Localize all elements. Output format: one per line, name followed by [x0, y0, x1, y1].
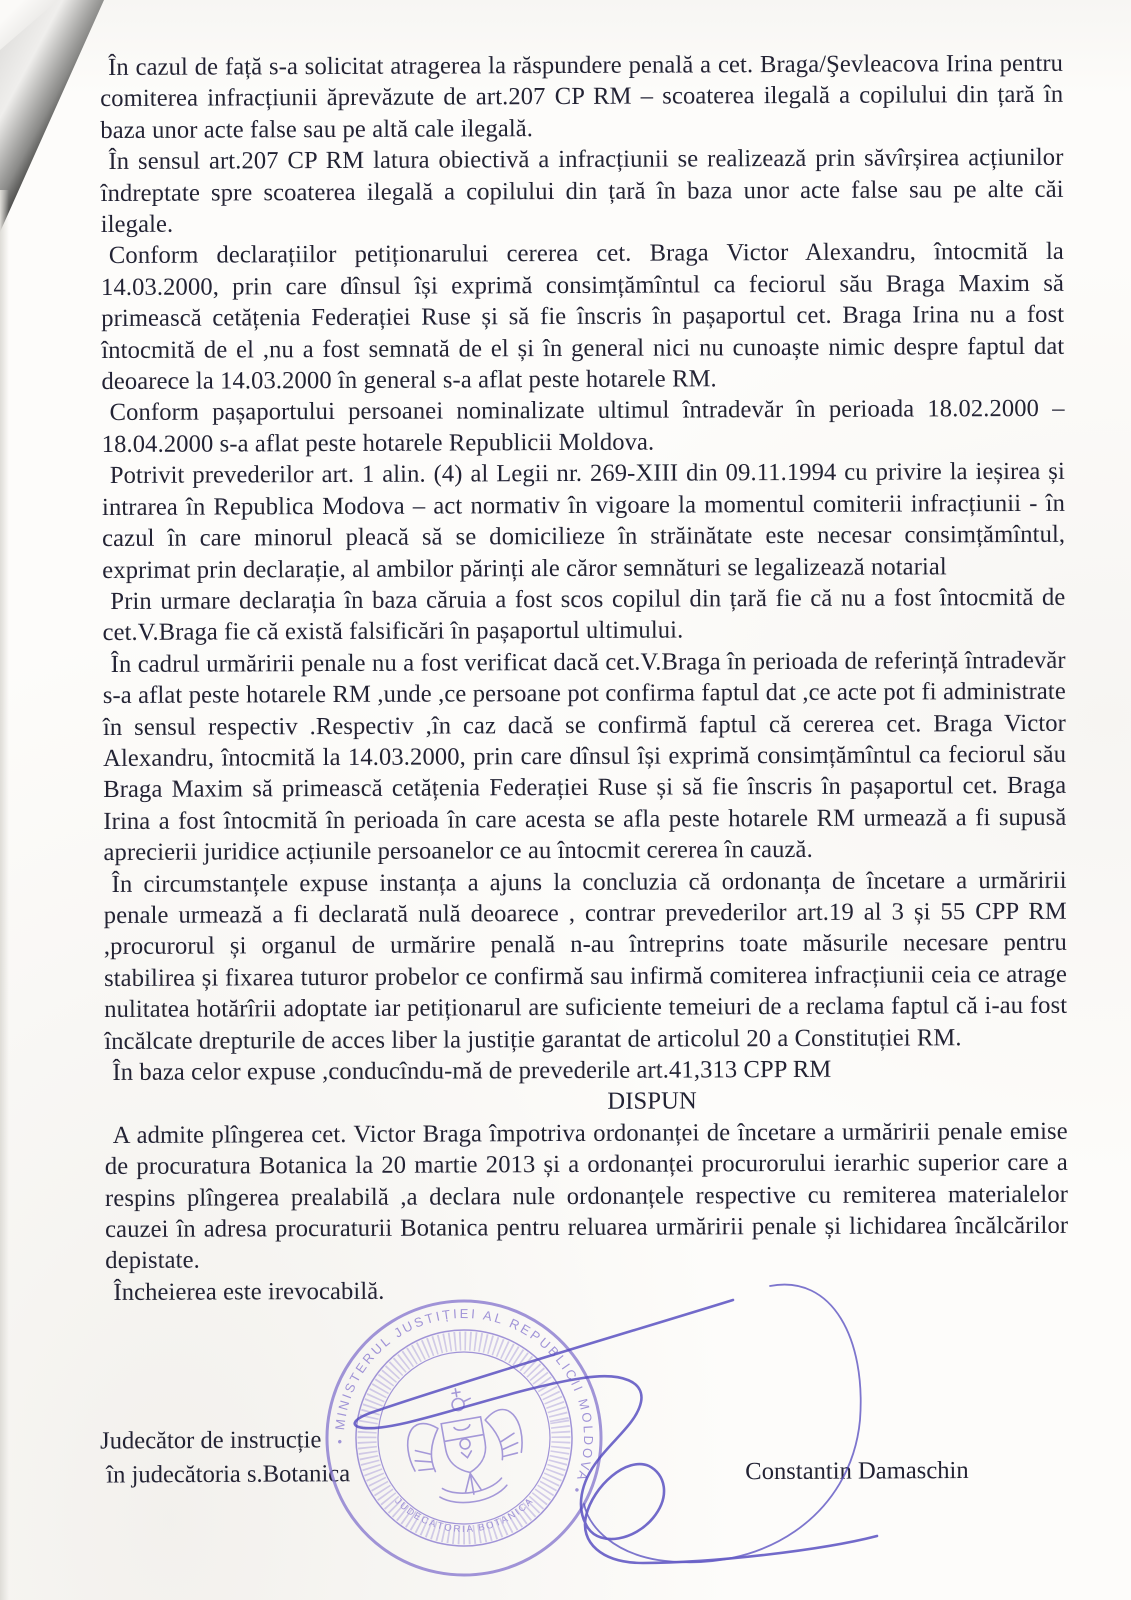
paragraph-law-269: Potrivit prevederilor art. 1 alin. (4) a… — [102, 456, 1066, 586]
dispun-heading: DISPUN — [171, 1084, 1131, 1120]
paragraph-case-intro: În cazul de față s-a solicitat atragerea… — [100, 48, 1063, 146]
paragraph-ruling: A admite plîngerea cet. Victor Braga împ… — [105, 1116, 1069, 1277]
scanned-court-decision-page: În cazul de față s-a solicitat atragerea… — [0, 0, 1131, 1600]
paragraph-court-conclusion: În circumstanțele expuse instanța a ajun… — [104, 864, 1068, 1057]
paragraph-investigation-gaps: În cadrul urmăririi penale nu a fost ver… — [103, 645, 1067, 869]
paragraph-petitioner-declaration: Conform declarațiilor petiționarului cer… — [101, 236, 1065, 397]
paragraph-declaration-conclusion: Prin urmare declarația în baza căruia a … — [102, 582, 1065, 649]
judge-signature-icon — [283, 1260, 883, 1590]
paragraph-passport-period: Conform pașaportului persoanei nominaliz… — [102, 393, 1065, 460]
page-edge-shadow — [0, 190, 9, 1600]
paragraph-art207-sense: În sensul art.207 CP RM latura obiectivă… — [100, 142, 1063, 240]
document-body: În cazul de față s-a solicitat atragerea… — [100, 48, 1068, 1308]
paragraph-legal-basis: În baza celor expuse ,conducîndu-mă de p… — [104, 1053, 1067, 1089]
